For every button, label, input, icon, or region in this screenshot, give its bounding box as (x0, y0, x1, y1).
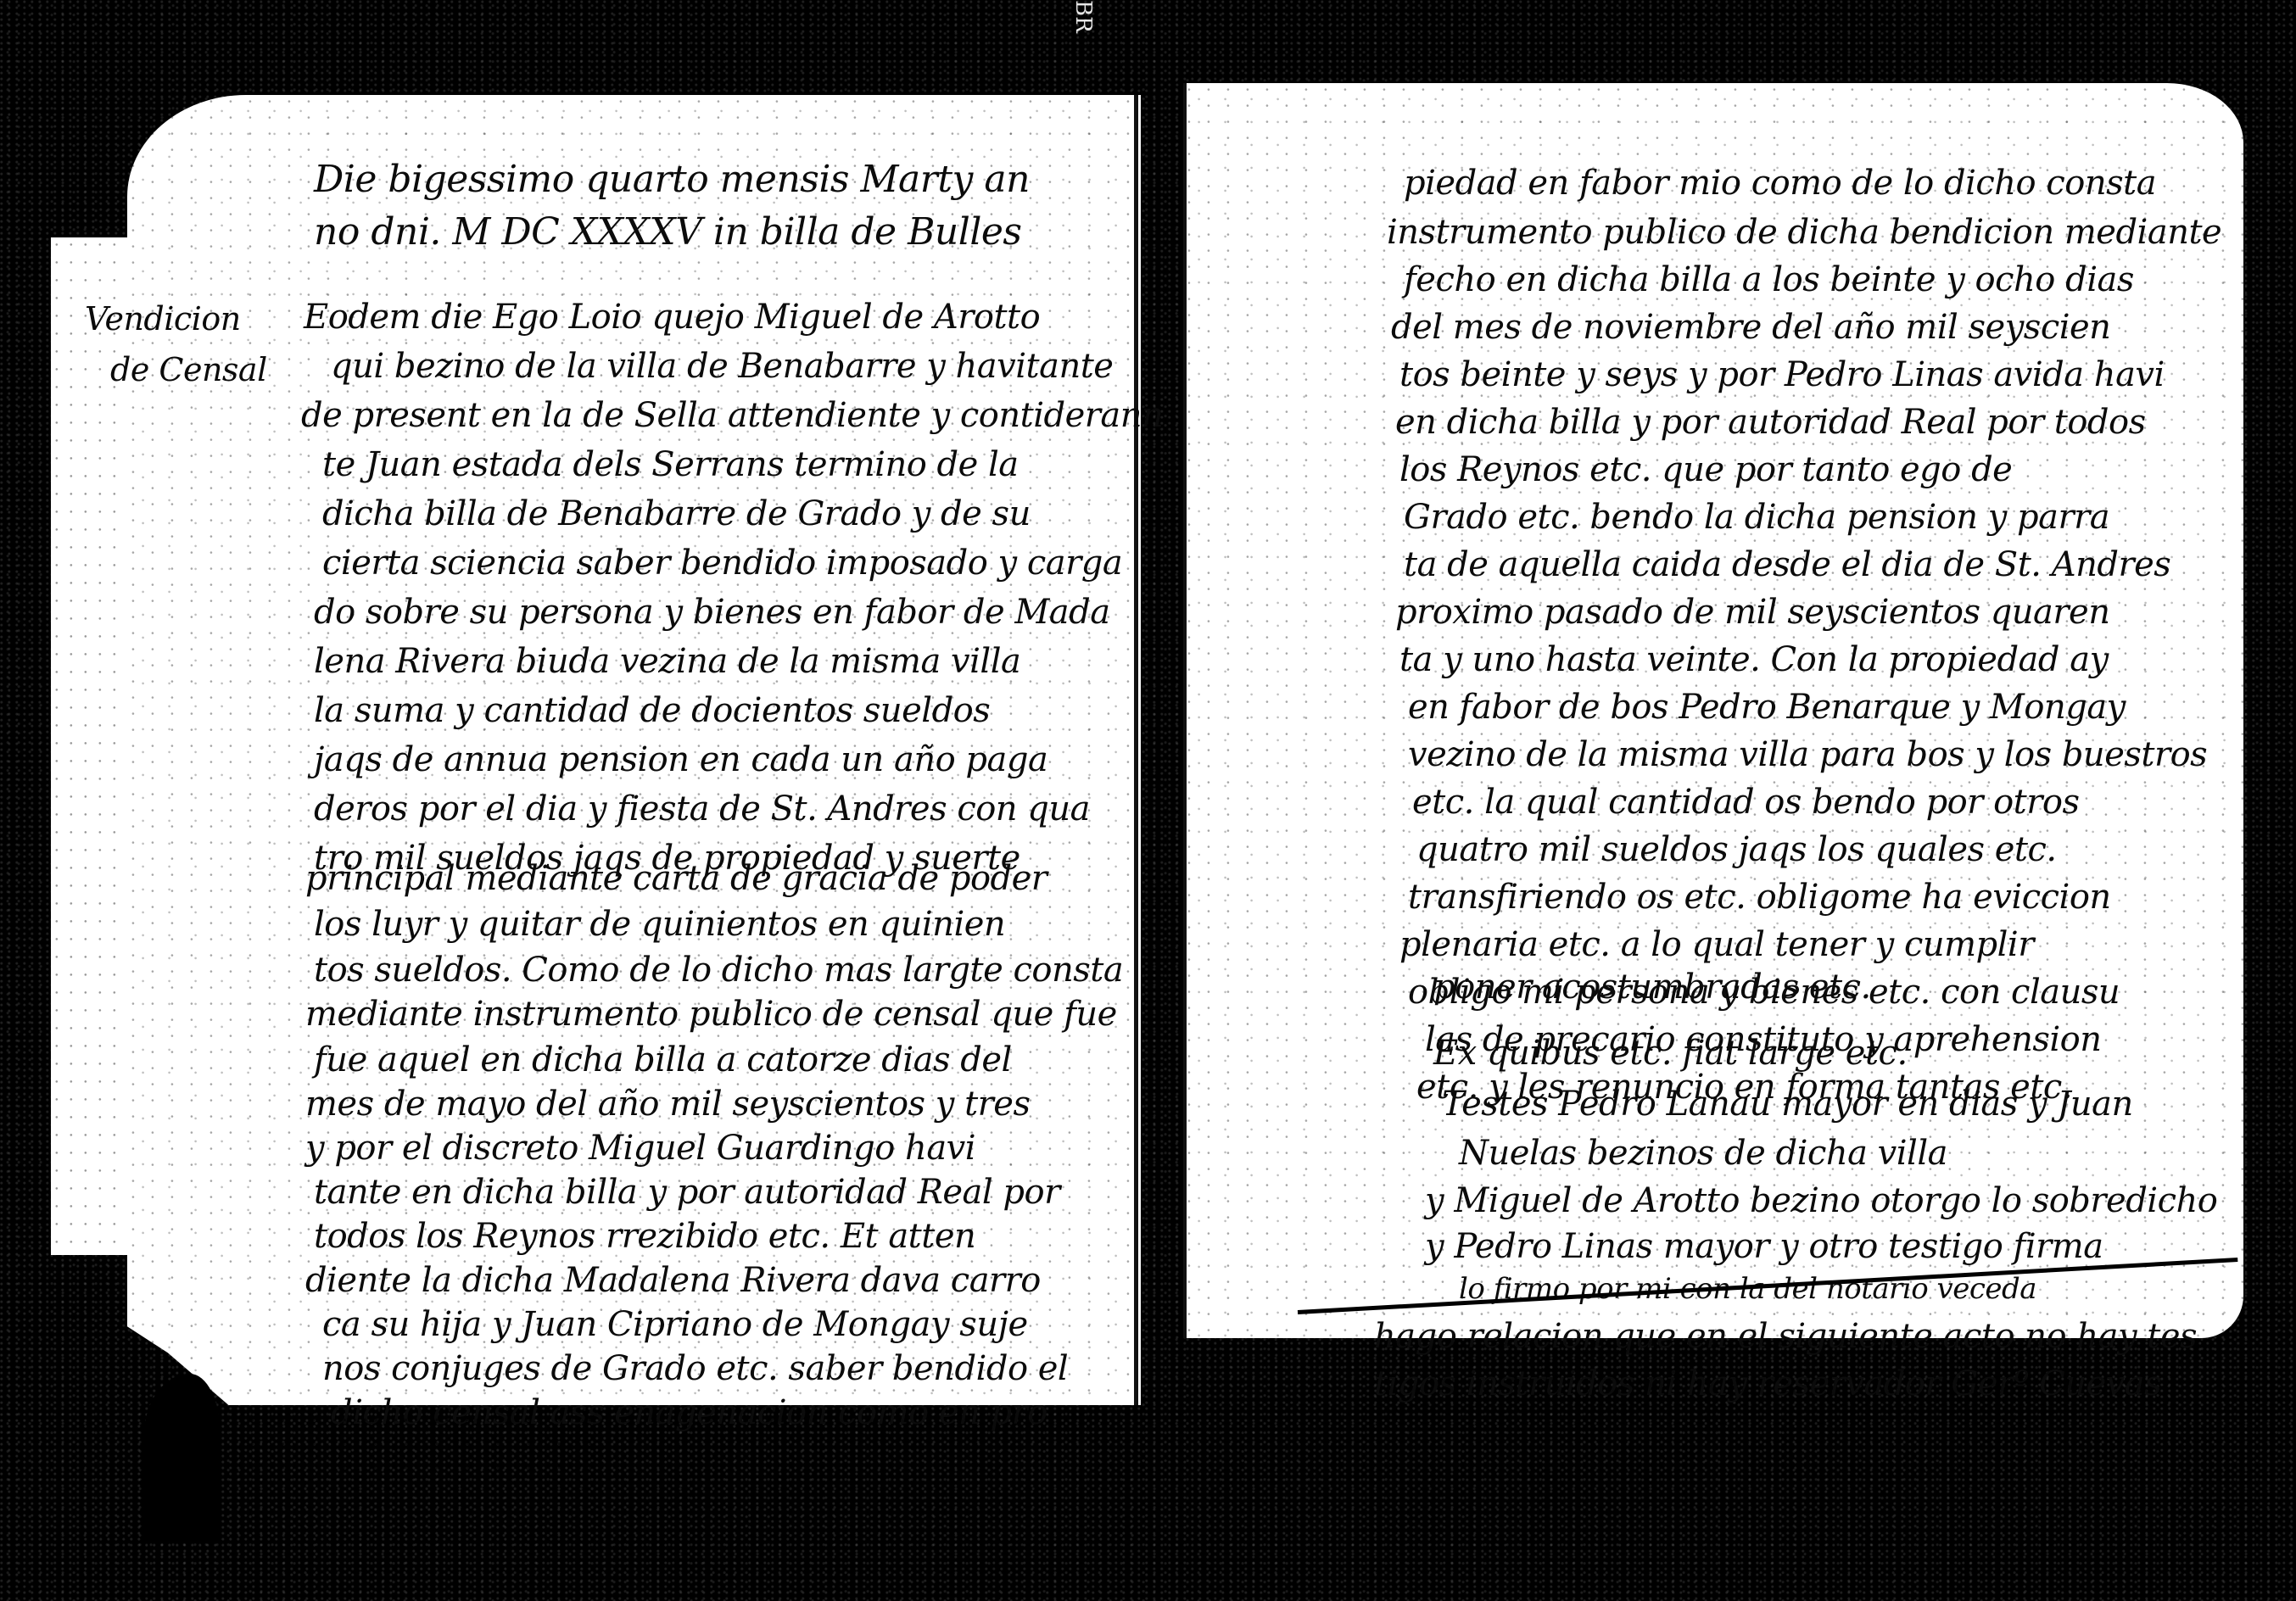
witness-line: y Miguel de Arotto bezino otorgo lo sobr… (1425, 1180, 2217, 1221)
right-line: Grado etc. bendo la dicha pension y parr… (1404, 497, 2109, 538)
bleed-line: ..... ........ ... ...... . .... ...... (237, 1403, 1001, 1427)
left-line: fue aquel en dicha billa a catorze dias … (314, 1040, 1012, 1080)
footnote-line: tigos instruidos ni hay reservador Gerº … (1374, 1364, 2161, 1404)
left-line: jaqs de annua pension en cada un año pag… (314, 739, 1047, 780)
left-line: y por el discreto Miguel Guardingo havi (305, 1128, 975, 1169)
right-line: en dicha billa y por autoridad Real por … (1395, 402, 2146, 443)
right-line-last: poner acostumbradas etc. (1433, 967, 1871, 1007)
closing-formula: Ex quibus etc. fiat large etc. (1433, 1033, 1908, 1074)
margin-note-line-2: de Censal (110, 349, 267, 390)
right-line: fecho en dicha billa a los beinte y ocho… (1404, 259, 2134, 300)
left-line: Eodem die Ego Loio quejo Miguel de Arott… (304, 297, 1040, 337)
left-line: la suma y cantidad de docientos sueldos (314, 690, 990, 731)
left-line: ca su hija y Juan Cipriano de Mongay suj… (322, 1304, 1028, 1345)
right-line: instrumento publico de dicha bendicion m… (1387, 212, 2221, 253)
left-line: dicha billa de Benabarre de Grado y de s… (322, 494, 1031, 534)
left-heading-line-2: no dni. M DC XXXXV in billa de Bulles (314, 212, 1022, 253)
left-line: todos los Reynos rrezibido etc. Et atten (314, 1216, 975, 1257)
left-line: nos conjuges de Grado etc. saber bendido… (322, 1348, 1068, 1389)
bleed-through-text: ..... ........ ... ...... . .... ...... … (237, 1403, 1001, 1480)
left-line: cierta sciencia saber bendido imposado y… (322, 543, 1122, 583)
bleed-line: ...... ..... ....... ...... ....... (237, 1427, 1001, 1451)
left-line: tante en dicha billa y por autoridad Rea… (314, 1172, 1060, 1213)
left-heading-line-1: Die bigessimo quarto mensis Marty an (314, 159, 1030, 200)
page-gutter-right (1183, 83, 1187, 1338)
right-line: tos beinte y seys y por Pedro Linas avid… (1399, 354, 2165, 395)
witness-line: y Pedro Linas mayor y otro testigo firma (1425, 1226, 2103, 1267)
bleed-line: ....... .......... ........ ....... (237, 1451, 1001, 1475)
right-line: vezino de la misma villa para bos y los … (1408, 734, 2207, 775)
right-line: en fabor de bos Pedro Benarque y Mongay (1408, 687, 2126, 728)
left-line: los luyr y quitar de quinientos en quini… (314, 904, 1005, 945)
right-line: proximo pasado de mil seyscientos quaren (1395, 592, 2109, 633)
binding-label: BR (1069, 0, 1094, 110)
witness-line: Testes Pedro Lanau mayor en dias y Juan (1442, 1084, 2133, 1124)
right-line: plenaria etc. a lo qual tener y cumplir (1399, 924, 2034, 965)
left-line: te Juan estada dels Serrans termino de l… (322, 444, 1019, 485)
left-line: de present en la de Sella attendiente y … (301, 395, 1163, 436)
right-line: los Reynos etc. que por tanto ego de (1399, 449, 2012, 490)
page-shadow (144, 1374, 221, 1543)
left-line: diente la dicha Madalena Rivera dava car… (305, 1260, 1041, 1301)
left-line: do sobre su persona y bienes en fabor de… (314, 592, 1110, 633)
left-line: qui bezino de la villa de Benabarre y ha… (331, 346, 1113, 387)
footnote-line: hago relacion que en el siguiente acto n… (1374, 1316, 2197, 1357)
right-line: quatro mil sueldos jaqs los quales etc. (1416, 829, 2057, 870)
left-line: principal mediante carta de gracia de po… (305, 858, 1047, 899)
right-line: del mes de noviembre del año mil seyscie… (1391, 307, 2110, 348)
left-line: lena Rivera biuda vezina de la misma vil… (314, 641, 1020, 682)
right-line: etc. la qual cantidad os bendo por otros (1412, 782, 2079, 823)
right-line: transfiriendo os etc. obligome ha evicci… (1408, 877, 2111, 918)
left-line: deros por el dia y fiesta de St. Andres … (314, 789, 1090, 829)
right-line: piedad en fabor mio como de lo dicho con… (1404, 163, 2156, 204)
page-gutter-left (1134, 95, 1138, 1405)
left-line: mediante instrumento publico de censal q… (305, 994, 1117, 1035)
right-line: ta y uno hasta veinte. Con la propiedad … (1399, 639, 2109, 680)
left-line: tos sueldos. Como de lo dicho mas largte… (314, 950, 1123, 990)
right-line: ta de aquella caida desde el dia de St. … (1404, 544, 2170, 585)
margin-note-line-1: Vendicion (85, 298, 241, 339)
left-line: mes de mayo del año mil seyscientos y tr… (305, 1084, 1031, 1124)
witness-line: Nuelas bezinos de dicha villa (1459, 1133, 1947, 1174)
